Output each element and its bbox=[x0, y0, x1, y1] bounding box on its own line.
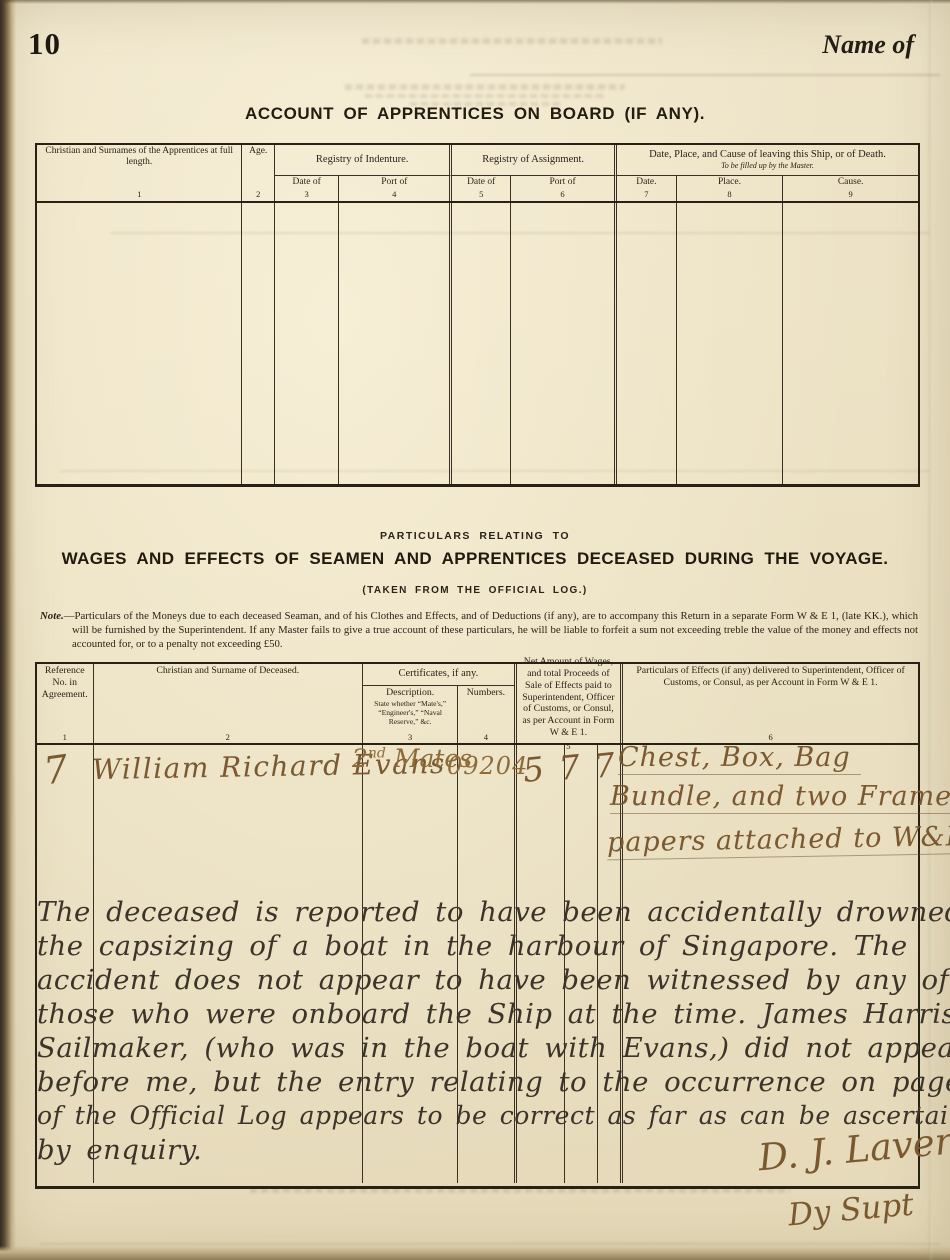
deceased-table-header: Reference No. in Agreement. 1 Christian … bbox=[37, 664, 918, 745]
column-header-numbers: Numbers. 4 bbox=[457, 686, 513, 743]
column-label: Christian and Surnames of the Apprentice… bbox=[39, 146, 239, 168]
handwritten-certificate-number: 09204 bbox=[447, 752, 528, 780]
column-label: Description. bbox=[386, 687, 434, 699]
rank-suffix: nd bbox=[368, 746, 386, 762]
group-header-certificates: Certificates, if any. bbox=[362, 664, 514, 686]
column-label: Age. bbox=[249, 146, 267, 157]
empty-cell bbox=[338, 203, 449, 484]
corner-caption: Name of bbox=[822, 30, 914, 60]
column-number: 8 bbox=[727, 188, 731, 200]
column-label: Date of bbox=[293, 177, 321, 188]
official-log-subtitle: (TAKEN FROM THE OFFICIAL LOG.) bbox=[0, 585, 950, 596]
column-label: Numbers. bbox=[467, 687, 505, 699]
column-number: 5 bbox=[479, 188, 483, 200]
column-header-deceased-name: Christian and Surname of Deceased. 2 bbox=[93, 664, 363, 743]
apprentices-table-title: ACCOUNT OF APPRENTICES ON BOARD (IF ANY)… bbox=[0, 104, 950, 124]
column-label: Port of bbox=[381, 177, 407, 188]
column-number: 4 bbox=[392, 188, 396, 200]
page-bottom-edge bbox=[0, 1246, 950, 1260]
empty-cell bbox=[449, 203, 510, 484]
column-number: 3 bbox=[408, 730, 412, 742]
document-page: 10 Name of ACCOUNT OF APPRENTICES ON BOA… bbox=[0, 0, 950, 1260]
column-number: 9 bbox=[848, 188, 852, 200]
log-note-line: those who were onboard the Ship at the t… bbox=[37, 997, 933, 1031]
group-label: Registry of Indenture. bbox=[316, 154, 408, 166]
empty-cell bbox=[782, 203, 918, 484]
column-header-assignment-date: Date of 5 bbox=[449, 176, 510, 201]
empty-cell bbox=[37, 203, 241, 484]
log-note-line: Sailmaker, (who was in the boat with Eva… bbox=[37, 1031, 933, 1065]
column-header-leaving-cause: Cause. 9 bbox=[782, 176, 918, 201]
log-note-line: before me, but the entry relating to the… bbox=[37, 1065, 933, 1099]
column-header-assignment-port: Port of 6 bbox=[510, 176, 614, 201]
group-header-registry-of-assignment: Registry of Assignment. bbox=[449, 145, 614, 176]
column-header-net-amount: Net Amount of Wages, and total Proceeds … bbox=[514, 664, 621, 743]
log-note-line: The deceased is reported to have been ac… bbox=[37, 895, 933, 929]
apprentices-table-body-empty bbox=[37, 203, 918, 484]
column-header-reference-no: Reference No. in Agreement. 1 bbox=[37, 664, 93, 743]
crease-line bbox=[470, 74, 940, 76]
column-header-description: Description. State whether “Mate's,” “En… bbox=[362, 686, 457, 743]
empty-cell bbox=[614, 203, 676, 484]
binding-edge bbox=[0, 0, 16, 1260]
column-number: 4 bbox=[484, 730, 488, 742]
handwritten-log-note: The deceased is reported to have been ac… bbox=[37, 895, 933, 1167]
handwritten-effects-line: papers attached to W&E1 bbox=[607, 821, 950, 861]
column-label: Date of bbox=[467, 177, 495, 188]
group-note: To be filled up by the Master. bbox=[721, 161, 814, 170]
log-note-line: accident does not appear to have been wi… bbox=[37, 963, 933, 997]
handwritten-net-pence: 7 bbox=[592, 745, 617, 786]
note-label: Note. bbox=[40, 610, 64, 622]
apprentices-table: Christian and Surnames of the Apprentice… bbox=[35, 143, 920, 487]
empty-cell bbox=[274, 203, 338, 484]
group-label: Registry of Assignment. bbox=[482, 154, 584, 166]
group-label: Date, Place, and Cause of leaving this S… bbox=[649, 149, 886, 161]
column-label: Port of bbox=[549, 177, 575, 188]
note-paragraph: Note.—Particulars of the Moneys due to e… bbox=[40, 610, 918, 651]
empty-cell bbox=[510, 203, 614, 484]
rank-number: 2 bbox=[352, 744, 368, 773]
column-number: 2 bbox=[256, 188, 260, 200]
page-top-edge bbox=[0, 0, 950, 4]
wages-effects-title: WAGES AND EFFECTS OF SEAMEN AND APPRENTI… bbox=[0, 549, 950, 569]
column-header-leaving-place: Place. 8 bbox=[676, 176, 783, 201]
column-label: Cause. bbox=[838, 177, 864, 188]
column-header-age: Age. 2 bbox=[241, 145, 274, 201]
column-header-apprentice-name: Christian and Surnames of the Apprentice… bbox=[37, 145, 241, 201]
apprentices-table-header: Christian and Surnames of the Apprentice… bbox=[37, 145, 918, 203]
column-label: Date. bbox=[636, 177, 656, 188]
signature-title: Dy Supt bbox=[787, 1187, 915, 1234]
column-label: Place. bbox=[718, 177, 741, 188]
column-number: 1 bbox=[137, 188, 141, 200]
column-number: 3 bbox=[305, 188, 309, 200]
column-header-effects: Particulars of Effects (if any) delivere… bbox=[620, 664, 918, 743]
column-header-leaving-date: Date. 7 bbox=[614, 176, 676, 201]
group-header-leaving-or-death: Date, Place, and Cause of leaving this S… bbox=[614, 145, 918, 176]
bleed-through-text bbox=[352, 34, 672, 48]
particulars-kicker: PARTICULARS RELATING TO bbox=[0, 530, 950, 542]
empty-cell bbox=[241, 203, 274, 484]
column-number: 6 bbox=[768, 730, 772, 742]
group-label: Certificates, if any. bbox=[398, 668, 478, 681]
log-note-line: of the Official Log appears to be correc… bbox=[37, 1099, 933, 1133]
column-note: State whether “Mate's,” “Engineer's,” “N… bbox=[366, 699, 454, 726]
empty-cell bbox=[676, 203, 783, 484]
handwritten-effects-line: Chest, Box, Bag bbox=[618, 742, 861, 775]
column-number: 2 bbox=[226, 730, 230, 742]
column-number: 1 bbox=[63, 730, 67, 742]
handwritten-net-shillings: 7 bbox=[557, 747, 582, 788]
column-label: Christian and Surname of Deceased. bbox=[156, 665, 299, 677]
log-note-line: the capsizing of a boat in the harbour o… bbox=[37, 929, 933, 963]
handwritten-effects-line: Bundle, and two Frames bbox=[610, 781, 950, 814]
crease-line bbox=[40, 1243, 940, 1245]
column-label: Net Amount of Wages, and total Proceeds … bbox=[520, 656, 618, 738]
note-text: —Particulars of the Moneys due to each d… bbox=[64, 610, 918, 650]
handwritten-net-pounds: 5 bbox=[521, 749, 546, 790]
column-header-indenture-date: Date of 3 bbox=[274, 176, 338, 201]
column-header-indenture-port: Port of 4 bbox=[338, 176, 449, 201]
column-label: Particulars of Effects (if any) delivere… bbox=[626, 665, 915, 689]
page-number: 10 bbox=[28, 26, 61, 62]
group-header-registry-of-indenture: Registry of Indenture. bbox=[274, 145, 449, 176]
column-number: 7 bbox=[644, 188, 648, 200]
column-label: Reference No. in Agreement. bbox=[40, 665, 90, 700]
column-number: 6 bbox=[560, 188, 564, 200]
